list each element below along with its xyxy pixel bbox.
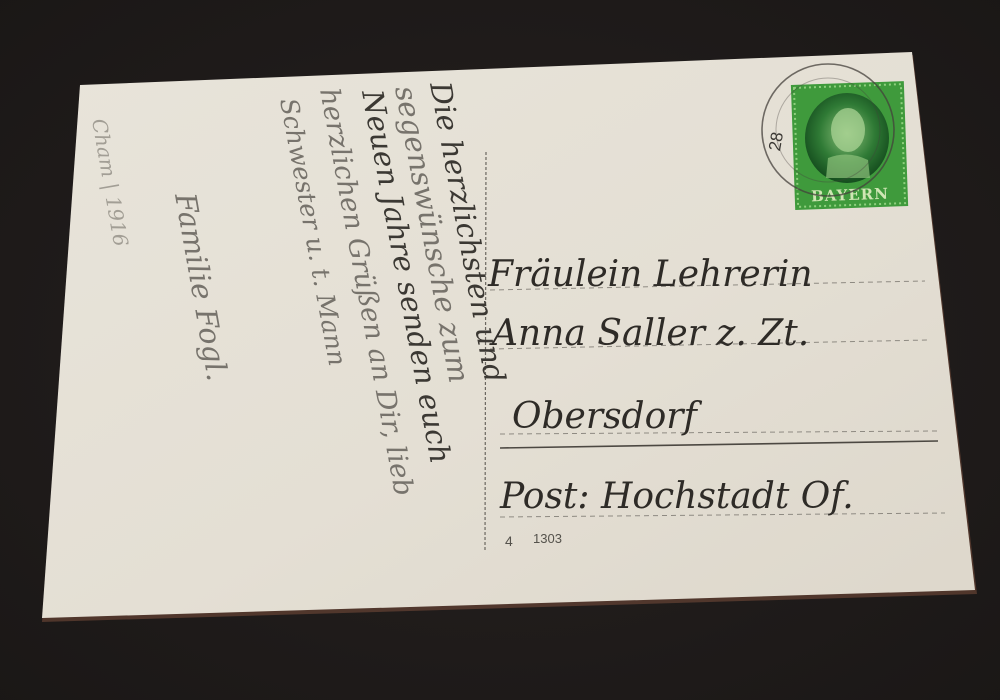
address-line-post: Post: Hochstadt Of.	[499, 476, 854, 517]
postmark-date: 28	[765, 131, 787, 153]
printed-code-number: 1303	[533, 531, 562, 546]
address-line-recipient-title: Fräulein Lehrerin	[487, 254, 813, 295]
postage-stamp: BAYERN	[791, 81, 908, 210]
address-line-recipient-name: Anna Saller z. Zt.	[489, 313, 809, 354]
printed-code-symbol: 4	[505, 533, 513, 549]
address-line-town: Obersdorf	[512, 396, 702, 437]
postcard-photo: BAYERN 28 Cham | 1916 Die herzlichsten u…	[0, 0, 1000, 700]
